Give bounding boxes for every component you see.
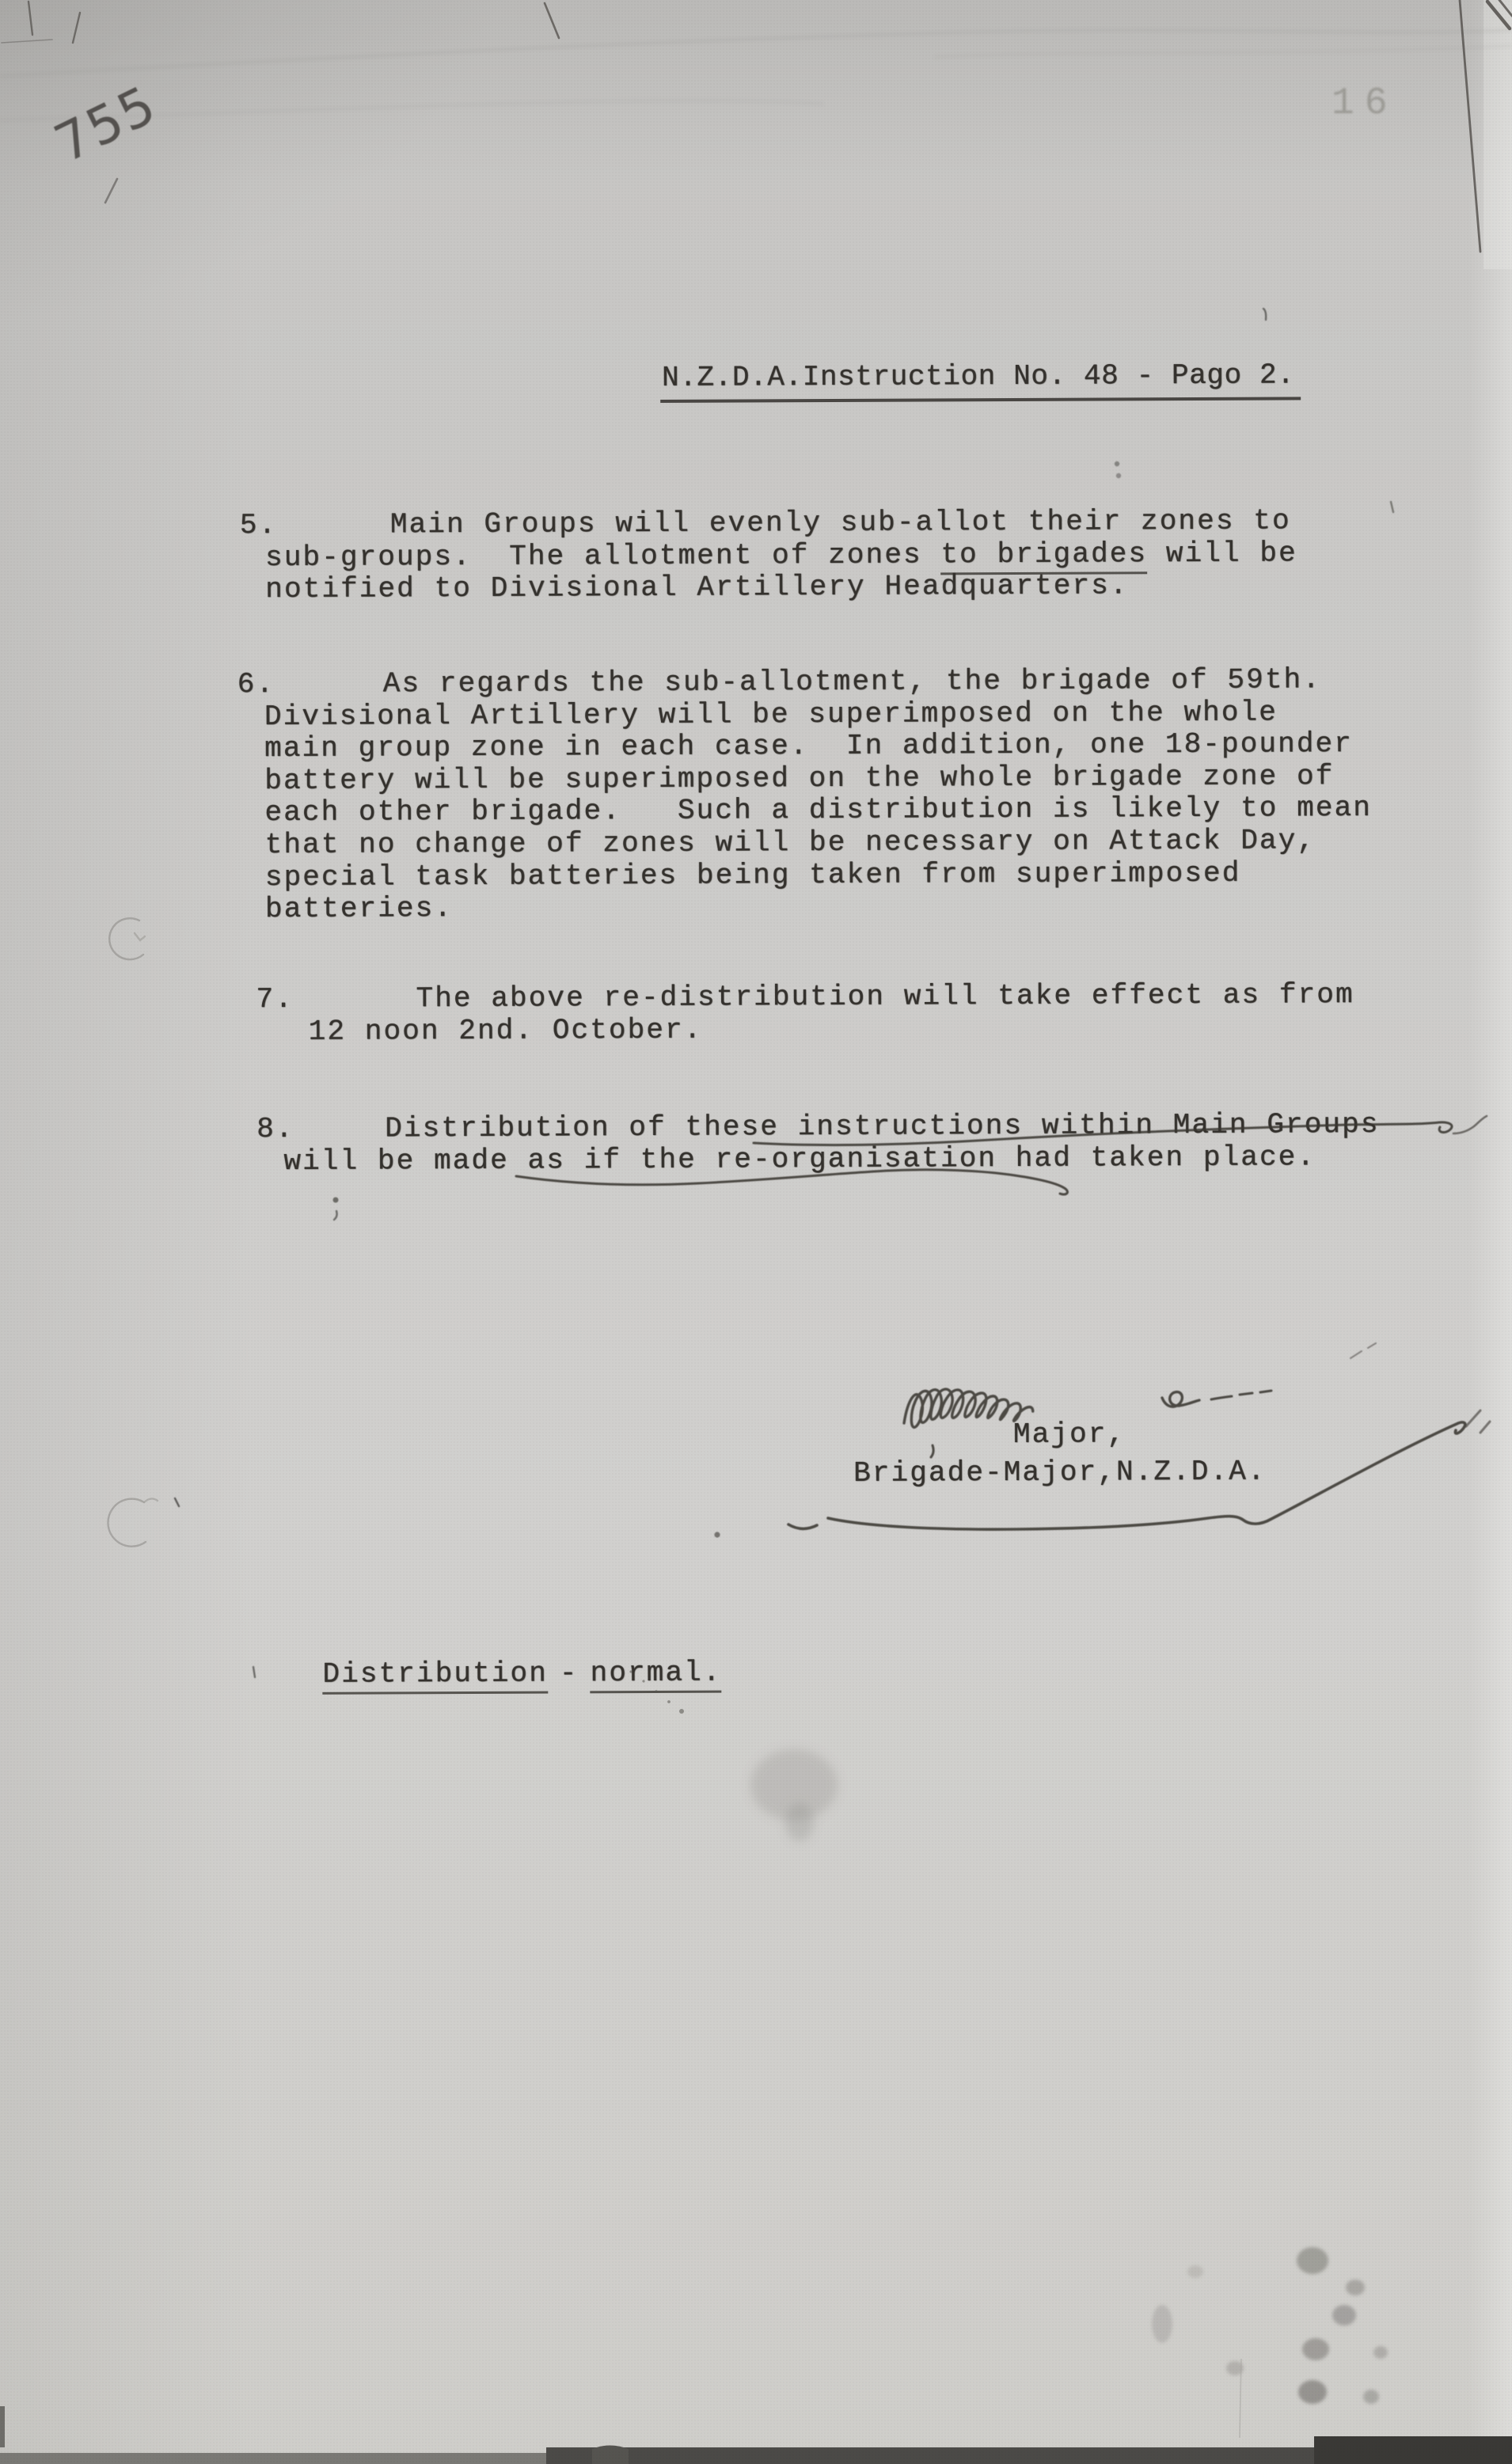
- paragraph-line: Main Groups will evenly sub-allot their …: [390, 505, 1297, 541]
- distribution-separator: -: [548, 1657, 591, 1689]
- paragraph-5: 5. Main Groups will evenly sub-allot the…: [265, 505, 1297, 606]
- scanned-document-page: 16 N.Z.D.A.Instruction No. 48 - Pago 2. …: [0, 0, 1512, 2464]
- distribution-note: Distribution-normal.: [210, 1624, 722, 1724]
- paragraph-line: special task batteries being taken from …: [265, 857, 1373, 894]
- paragraph-body: Distribution of these instructions withi…: [283, 1109, 1380, 1178]
- paragraph-8: 8. Distribution of these instructions wi…: [283, 1109, 1380, 1178]
- paragraph-line: The above re-distribution will take effe…: [416, 979, 1354, 1016]
- paragraph-6: 6. As regards the sub-allotment, the bri…: [264, 664, 1373, 926]
- signature-rank-line: Major,: [1013, 1418, 1126, 1451]
- paragraph-line: will be made as if the re-organisation h…: [283, 1141, 1379, 1179]
- paragraph-number: 6.: [237, 669, 275, 701]
- paragraph-body: As regards the sub-allotment, the brigad…: [264, 664, 1373, 926]
- signature-title-line: Brigade-Major,N.Z.D.A.: [853, 1456, 1267, 1490]
- paragraph-body: Main Groups will evenly sub-allot their …: [265, 505, 1297, 606]
- paragraph-body: The above re-distribution will take effe…: [308, 979, 1354, 1048]
- paragraph-number: 5.: [240, 510, 278, 542]
- paragraph-line: As regards the sub-allotment, the brigad…: [383, 664, 1372, 700]
- paragraph-number: 8.: [256, 1114, 294, 1146]
- paragraph-line: that no change of zones will be necessar…: [265, 825, 1373, 862]
- paragraph-number: 7.: [256, 984, 294, 1016]
- paragraph-7: 7. The above re-distribution will take e…: [308, 979, 1354, 1048]
- distribution-value: normal.: [591, 1657, 722, 1694]
- document-title: N.Z.D.A.Instruction No. 48 - Pago 2.: [660, 359, 1301, 403]
- paragraph-line: batteries.: [265, 889, 1373, 926]
- paragraph-line: main group zone in each case. In additio…: [264, 728, 1372, 765]
- paragraph-line: sub-groups. The allotment of zones to br…: [265, 537, 1297, 574]
- typed-content: N.Z.D.A.Instruction No. 48 - Pago 2. 5. …: [0, 0, 1512, 2464]
- paragraph-line: 12 noon 2nd. October.: [309, 1012, 1354, 1048]
- paragraph-line: Distribution of these instructions withi…: [385, 1109, 1379, 1145]
- paragraph-line: notified to Divisional Artillery Headqua…: [265, 570, 1297, 606]
- distribution-label: Distribution: [322, 1657, 548, 1695]
